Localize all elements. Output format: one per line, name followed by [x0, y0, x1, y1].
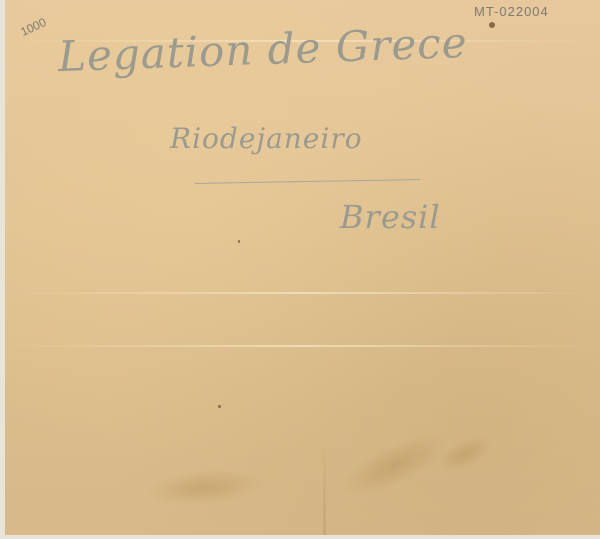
paper-sheet — [5, 0, 600, 535]
fold-line — [5, 345, 600, 347]
catalog-number: MT-022004 — [474, 4, 549, 19]
fold-line — [5, 292, 600, 294]
paper-spot — [218, 405, 221, 408]
paper-spot — [238, 240, 240, 243]
address-line-city: Riodejaneiro — [170, 122, 363, 155]
address-line-country: Bresil — [340, 198, 441, 236]
paper-spot — [489, 22, 495, 28]
fold-line-vertical — [323, 440, 326, 535]
water-stain — [144, 465, 267, 510]
